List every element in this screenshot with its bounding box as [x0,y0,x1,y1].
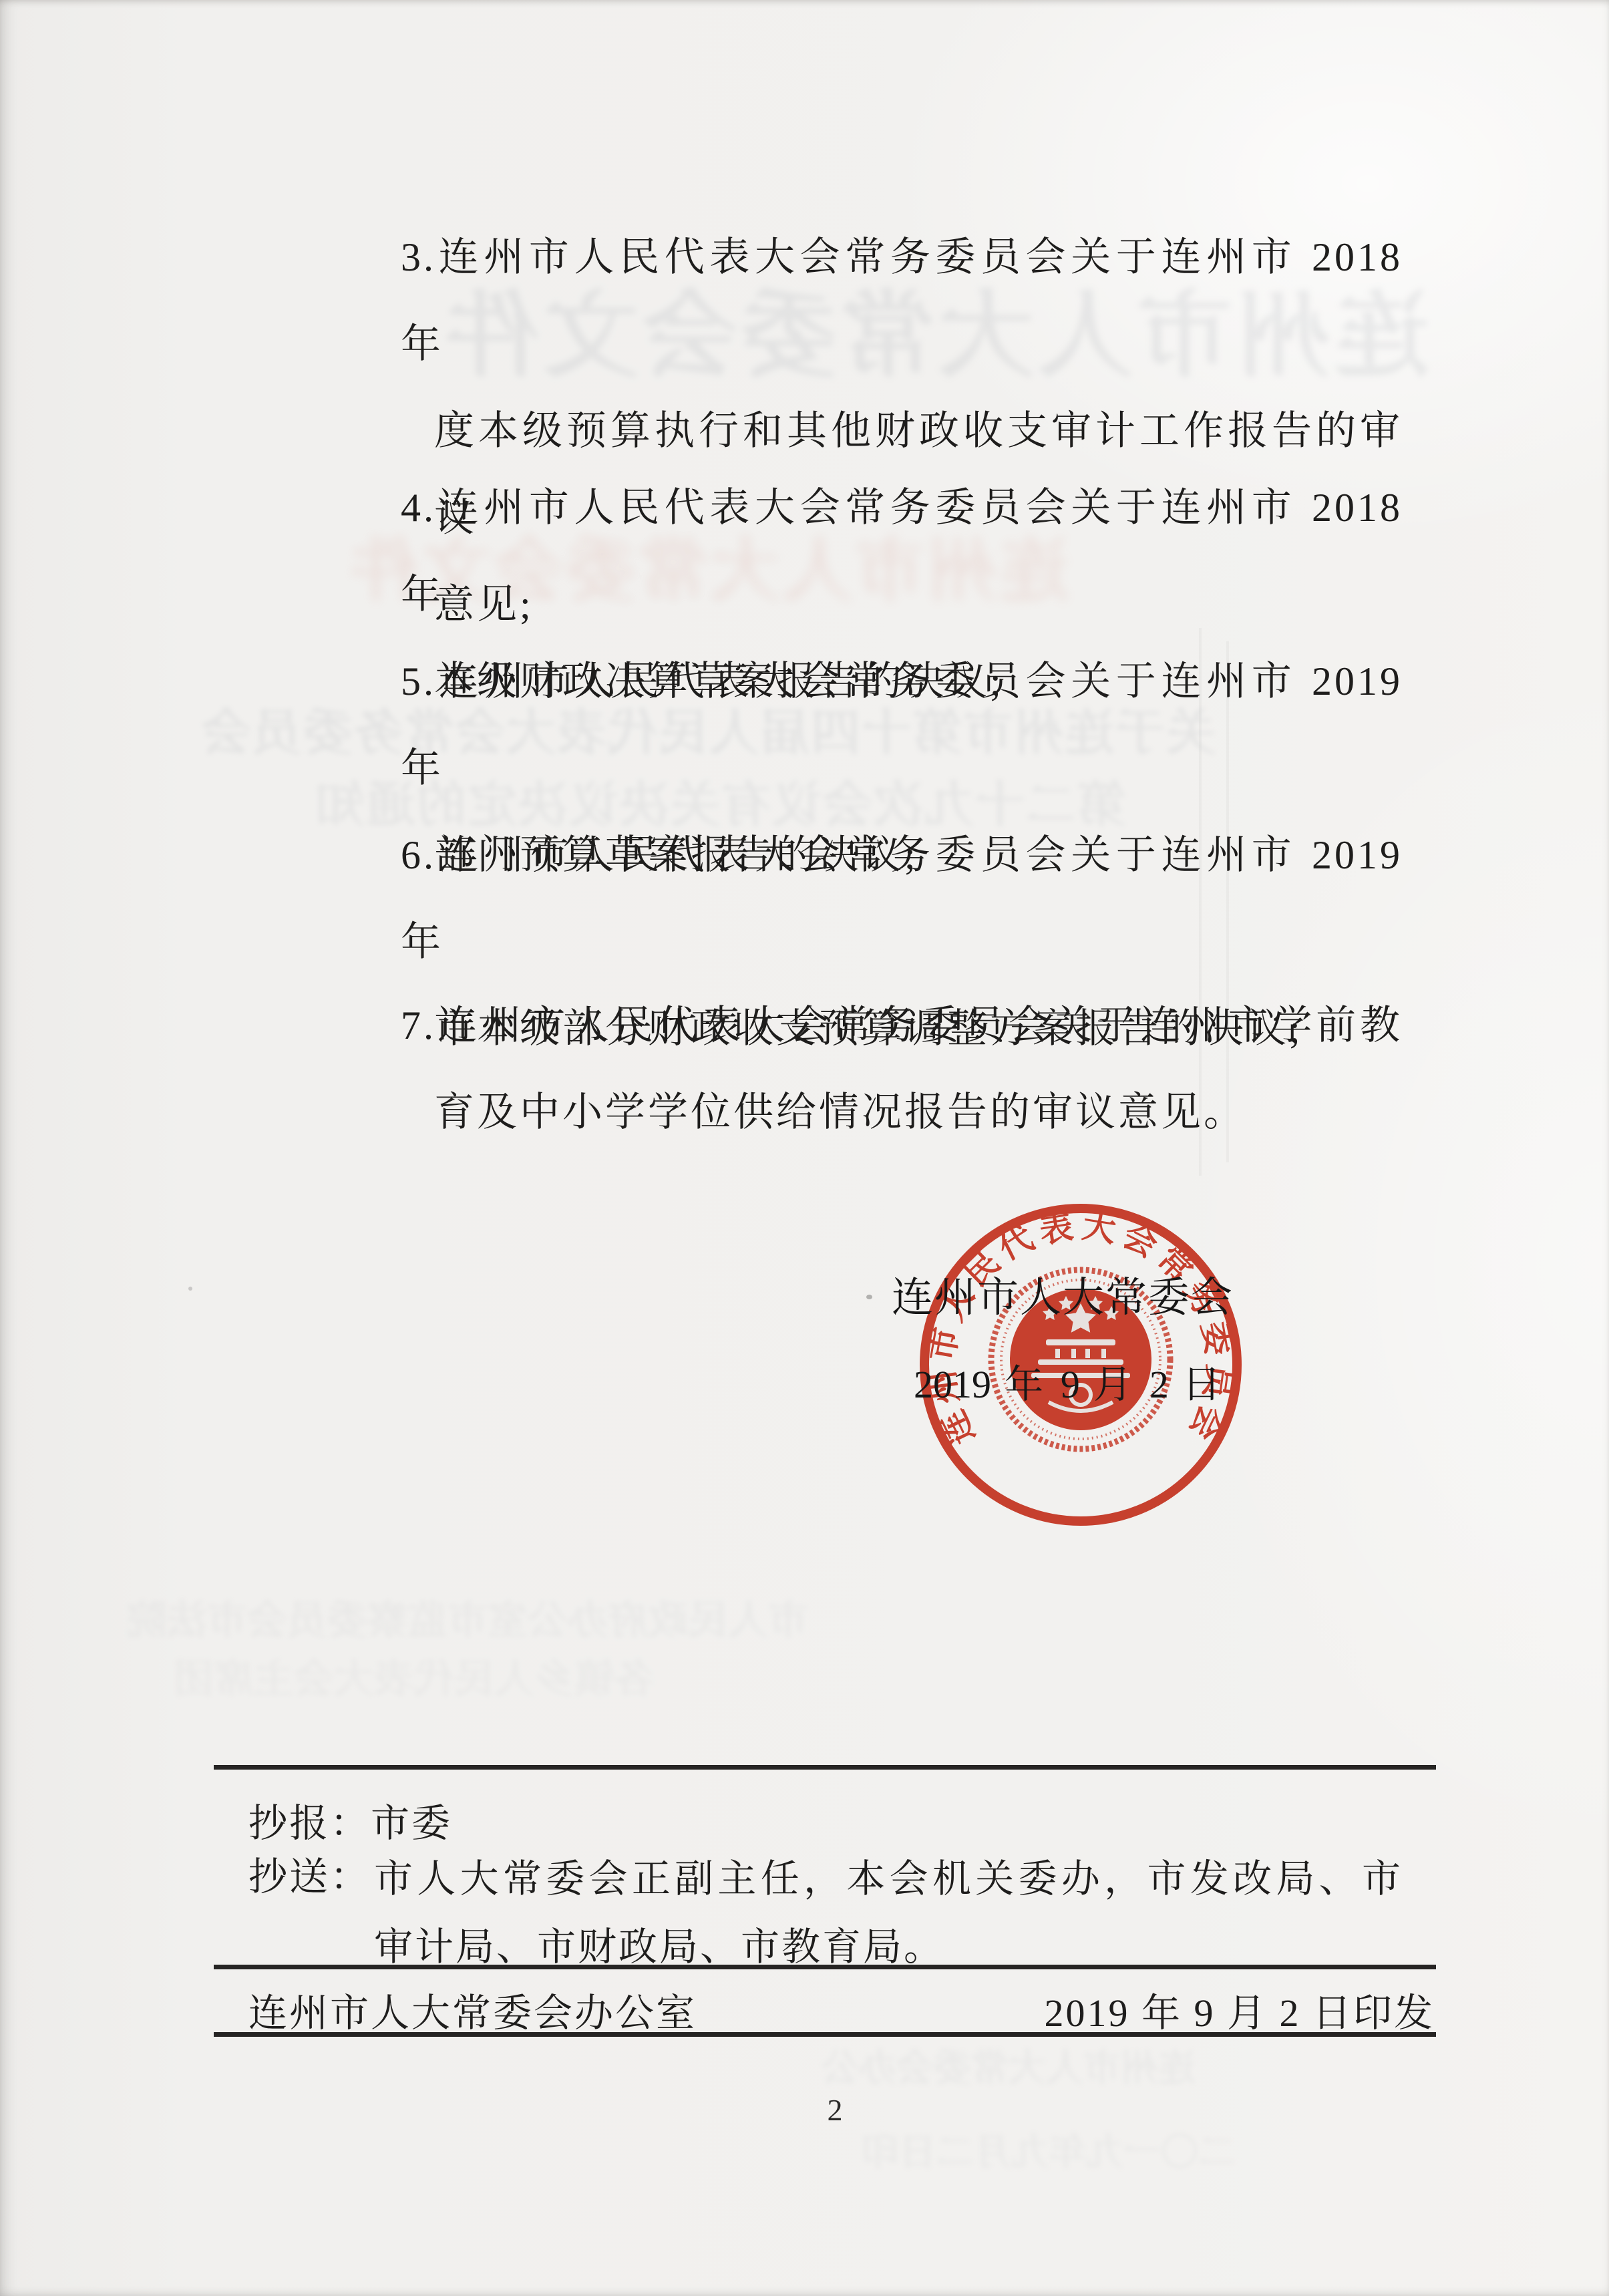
resolution-item-line: 5.连州市人民代表大会常务委员会关于连州市 2019 年 [401,638,1403,812]
page-number: 2 [808,2092,862,2128]
footer-rule-bottom [214,2032,1436,2037]
resolution-item-line: 7.连州市人民代表大会常务委员会关于连州市学前教 [401,982,1403,1069]
signature-org: 连州市人大常委会 [892,1275,1232,1321]
copy-send-label: 抄送： [248,1845,371,1901]
copy-report-label: 抄报： [248,1802,371,1845]
issuing-office: 连州市人大常委会办公室 [248,1981,697,2037]
footer-rule-top [214,1765,1436,1770]
footer-rule-middle [214,1965,1436,1969]
resolution-item-line: 6.连州市人民代表大会常务委员会关于连州市 2019 年 [401,812,1403,985]
resolution-item-7: 7.连州市人民代表大会常务委员会关于连州市学前教育及中小学学位供给情况报告的审议… [401,982,1403,1156]
copy-report-row: 抄报：市委 [248,1792,452,1848]
resolution-item-line: 育及中小学学位供给情况报告的审议意见。 [401,1069,1403,1156]
signature-date: 2019 年 9 月 2 日 [914,1363,1221,1407]
copy-send-body: 市人大常委会正副主任，本会机关委办，市发改局、市审计局、市财政局、市教育局。 [374,1845,1403,1981]
copy-send-line: 市人大常委会正副主任，本会机关委办，市发改局、市 [374,1845,1403,1913]
copy-report-value: 市委 [371,1802,452,1845]
resolution-item-line: 4.连州市人民代表大会常务委员会关于连州市 2018 年 [401,464,1403,638]
copy-send-line: 审计局、市财政局、市教育局。 [374,1913,1403,1981]
print-date: 2019 年 9 月 2 日印发 [868,1981,1435,2037]
resolution-item-line: 3.连州市人民代表大会常务委员会关于连州市 2018 年 [401,214,1403,387]
